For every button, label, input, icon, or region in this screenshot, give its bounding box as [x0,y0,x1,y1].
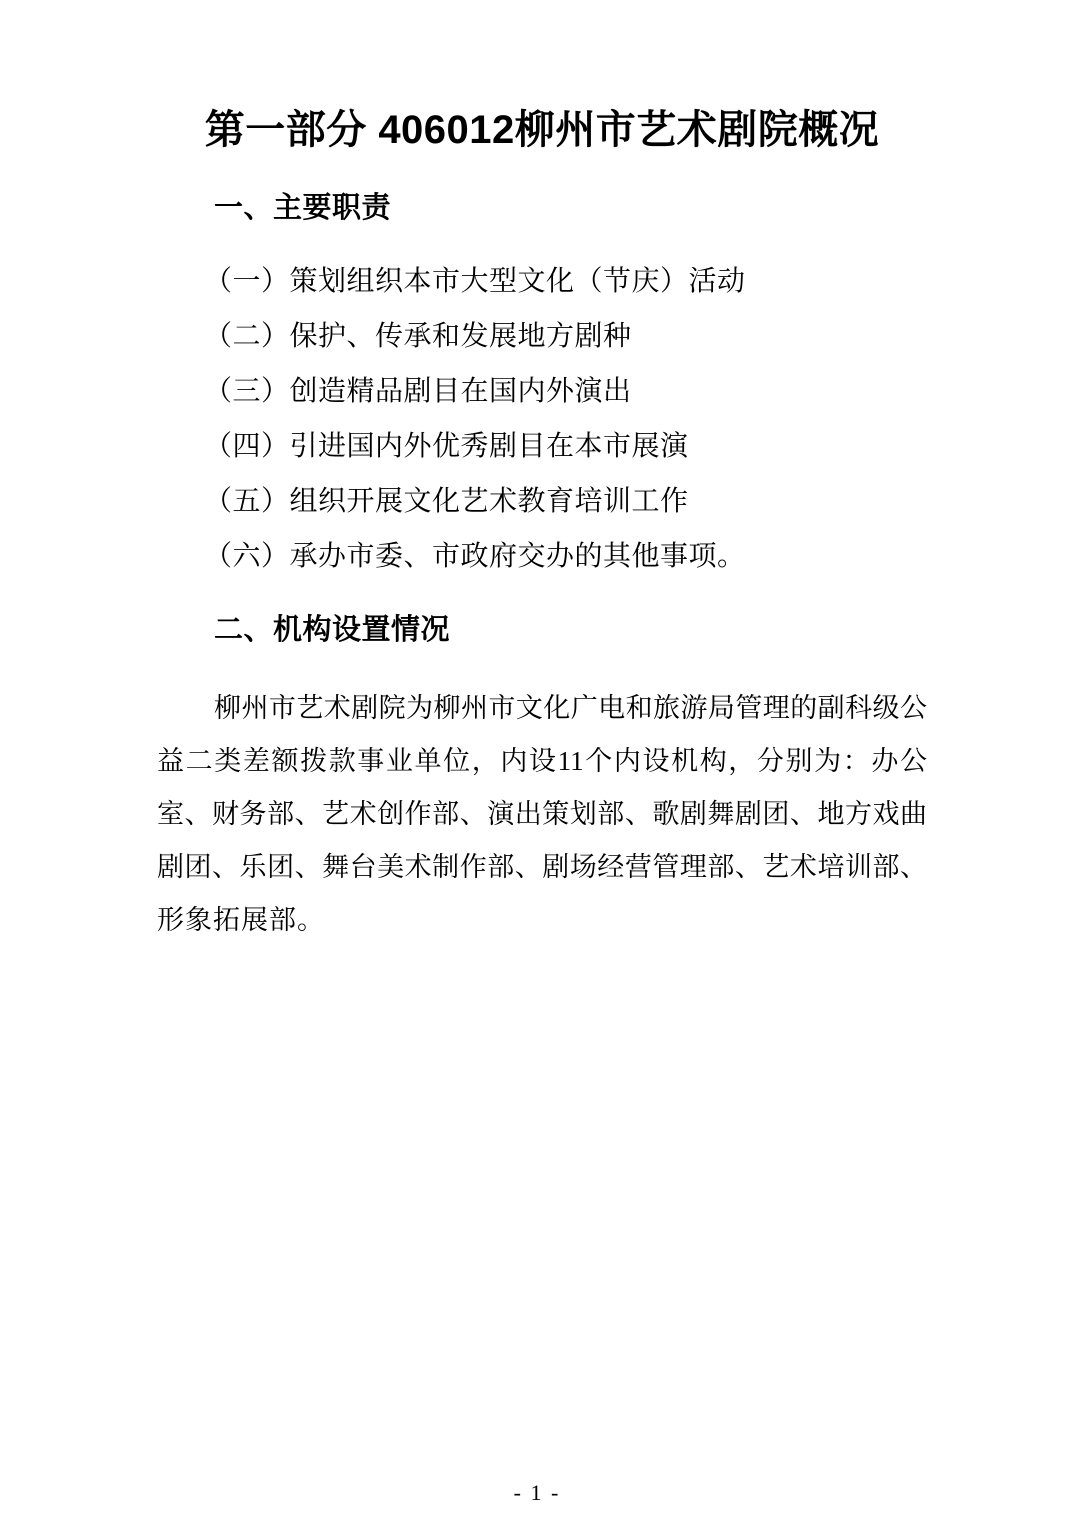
paragraph-line: 室、财务部、艺术创作部、演出策划部、歌剧舞剧团、地方戏曲 [157,788,927,841]
section-1-heading: 一、主要职责 [157,186,927,230]
paragraph-line: 剧团、乐团、舞台美术制作部、剧场经营管理部、艺术培训部、 [157,841,927,894]
document-content: 第一部分 406012柳州市艺术剧院概况 一、主要职责 （一）策划组织本市大型文… [0,0,1074,947]
duty-item-5: （五）组织开展文化艺术教育培训工作 [157,474,927,529]
paragraph-line: 益二类差额拨款事业单位，内设11个内设机构，分别为：办公 [157,735,927,788]
document-page: 第一部分 406012柳州市艺术剧院概况 一、主要职责 （一）策划组织本市大型文… [0,0,1074,1520]
duty-item-6: （六）承办市委、市政府交办的其他事项。 [157,529,927,584]
paragraph-line: 柳州市艺术剧院为柳州市文化广电和旅游局管理的副科级公 [157,682,927,735]
document-title: 第一部分 406012柳州市艺术剧院概况 [157,0,927,158]
duty-item-1: （一）策划组织本市大型文化（节庆）活动 [157,254,927,309]
organization-paragraph: 柳州市艺术剧院为柳州市文化广电和旅游局管理的副科级公 益二类差额拨款事业单位，内… [157,682,927,947]
duty-list: （一）策划组织本市大型文化（节庆）活动 （二）保护、传承和发展地方剧种 （三）创… [157,254,927,584]
page-number: - 1 - [0,1479,1074,1507]
paragraph-line: 形象拓展部。 [157,894,927,947]
duty-item-3: （三）创造精品剧目在国内外演出 [157,364,927,419]
duty-item-2: （二）保护、传承和发展地方剧种 [157,309,927,364]
duty-item-4: （四）引进国内外优秀剧目在本市展演 [157,419,927,474]
section-2-heading: 二、机构设置情况 [157,608,927,652]
